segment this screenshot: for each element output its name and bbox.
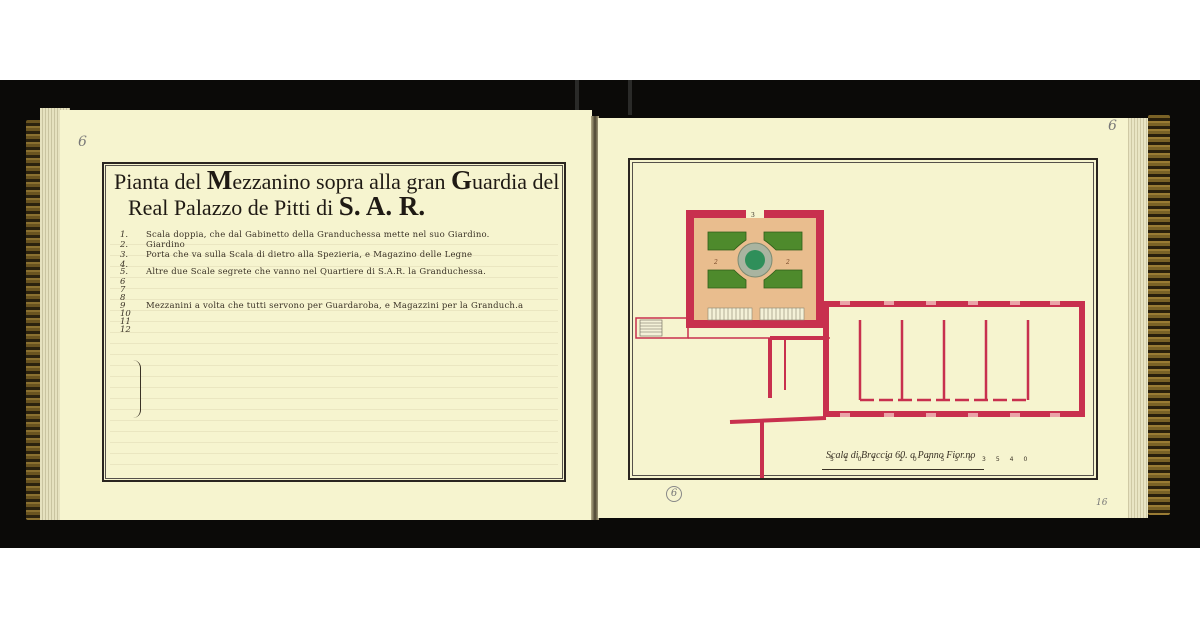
right-page: 6 [598,118,1128,518]
scale-tick: 10 [844,456,872,463]
legend-number: 1. [120,230,134,240]
legend-item: 11 [120,317,560,325]
folio-circled: 6 [666,486,682,502]
cradle-support [628,80,632,115]
scale-tick: 5 [830,456,844,463]
legend-item: 3.Porta che va sulla Scala di dietro all… [120,250,560,260]
legend-text: Scala doppia, che dal Gabinetto della Gr… [146,230,490,240]
legend-number: 3. [120,250,134,260]
page-title: Pianta del Mezzanino sopra alla gran Gua… [114,168,564,220]
legend-item: 4. [120,260,560,267]
scale-tick: 40 [1010,456,1038,463]
legend-number: 2. [120,240,134,250]
title-text: uardia del [472,169,559,194]
legend-item: 5.Altre due Scale segrete che vanno nel … [120,267,560,277]
scale-tick: 30 [954,456,982,463]
legend-item: 9Mezzanini a volta che tutti servono per… [120,301,560,309]
plan-label-door: 3 [751,212,755,219]
svg-text:2: 2 [713,259,718,266]
legend-list: 1.Scala doppia, che dal Gabinetto della … [120,230,560,333]
folio-bottom-right: 16 [1096,498,1107,508]
legend-item: 7 [120,285,560,293]
title-capital: M [207,165,232,195]
legend-item: 12 [120,325,560,333]
legend-item: 2.Giardino [120,240,560,250]
legend-item: 10 [120,309,560,317]
legend-item: 6 [120,277,560,285]
scale-tick: 35 [982,456,1010,463]
title-capital: G [451,165,472,195]
book-scan: 6 Pianta del Mezzanino sopra alla gran G… [0,80,1200,548]
folio-number-top: 6 [1108,118,1117,134]
svg-text:2: 2 [785,259,790,266]
legend-number: 12 [120,325,134,335]
title-capital: S. A. R. [339,191,425,221]
title-text: Pianta del [114,169,207,194]
legend-text: Porta che va sulla Scala di dietro alla … [146,250,472,260]
scale-tick: 25 [927,456,955,463]
scale-bar [822,463,984,470]
title-text: Real Palazzo de Pitti di [128,195,339,220]
legend-text: Giardino [146,240,185,250]
legend-text: Altre due Scale segrete che vanno nel Qu… [146,267,486,277]
gilt-binding-right [1148,115,1170,515]
title-cartouche: Pianta del Mezzanino sopra alla gran Gua… [102,162,566,482]
legend-number: 5. [120,267,134,277]
legend-item: 1.Scala doppia, che dal Gabinetto della … [120,230,560,240]
title-line-2: Real Palazzo de Pitti di S. A. R. [114,194,564,220]
floor-plan: 3 2 2 [630,160,1096,478]
scale-tick: 15 [871,456,899,463]
legend-brace [132,360,141,418]
scale-ticks: 510152025303540 [830,456,1037,463]
folio-number: 6 [78,134,87,150]
left-page: 6 Pianta del Mezzanino sopra alla gran G… [60,110,592,520]
plan-frame: 3 2 2 [628,158,1098,480]
legend-item: 8 [120,293,560,301]
scale-tick: 20 [899,456,927,463]
